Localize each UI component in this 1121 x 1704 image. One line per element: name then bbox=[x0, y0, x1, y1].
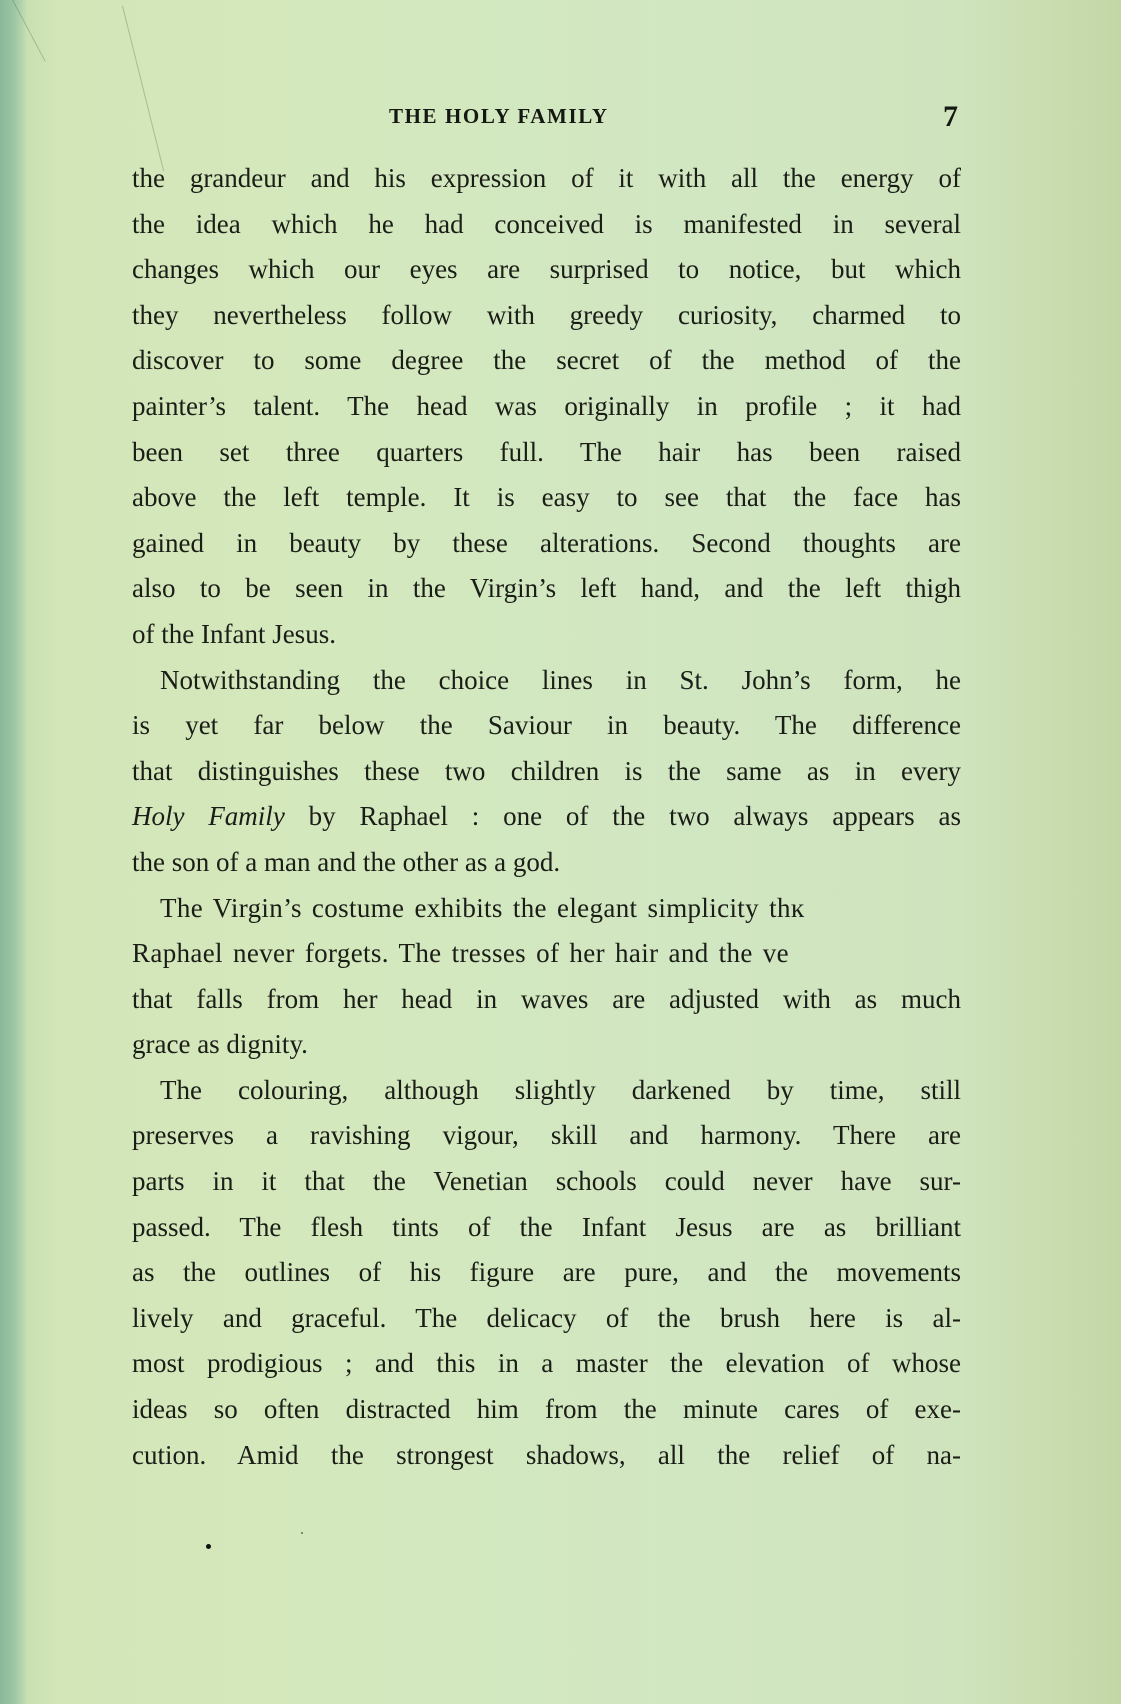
text-line: lively and graceful. The delicacy of the… bbox=[132, 1296, 961, 1342]
text-line: as the outlines of his figure are pure, … bbox=[132, 1250, 961, 1296]
italic-title: Holy Family bbox=[132, 801, 285, 831]
paragraph: Notwithstanding the choice lines in St. … bbox=[132, 658, 961, 886]
text-line: parts in it that the Venetian schools co… bbox=[132, 1159, 961, 1205]
text-line: the idea which he had conceived is manif… bbox=[132, 202, 961, 248]
paragraph: the grandeur and his expression of it wi… bbox=[132, 156, 961, 658]
text-line: changes which our eyes are surprised to … bbox=[132, 247, 961, 293]
text-line: ideas so often distracted him from the m… bbox=[132, 1387, 961, 1433]
text-line: the son of a man and the other as a god. bbox=[132, 840, 961, 886]
text-line: discover to some degree the secret of th… bbox=[132, 338, 961, 384]
text-line: above the left temple. It is easy to see… bbox=[132, 475, 961, 521]
text-line: cution. Amid the strongest shadows, all … bbox=[132, 1433, 961, 1479]
text-line: passed. The flesh tints of the Infant Je… bbox=[132, 1205, 961, 1251]
text-line: painter’s talent. The head was originall… bbox=[132, 384, 961, 430]
text-line: most prodigious ; and this in a master t… bbox=[132, 1341, 961, 1387]
text-line: The colouring, although slightly darkene… bbox=[132, 1068, 961, 1114]
text-line-with-italic: Holy Family by Raphael : one of the two … bbox=[132, 794, 961, 840]
text-line: The Virgin’s costume exhibits the elegan… bbox=[132, 886, 961, 932]
text-line: gained in beauty by these alterations. S… bbox=[132, 521, 961, 567]
page-body: the grandeur and his expression of it wi… bbox=[132, 156, 961, 1478]
text-line: preserves a ravishing vigour, skill and … bbox=[132, 1113, 961, 1159]
paragraph: The colouring, although slightly darkene… bbox=[132, 1068, 961, 1478]
text-line: grace as dignity. bbox=[132, 1022, 961, 1068]
running-title: THE HOLY FAMILY bbox=[389, 104, 609, 129]
running-header: THE HOLY FAMILY 7 bbox=[0, 100, 1121, 140]
text-line: that distinguishes these two children is… bbox=[132, 749, 961, 795]
page-number: 7 bbox=[943, 100, 958, 134]
text-line: they nevertheless follow with greedy cur… bbox=[132, 293, 961, 339]
text-line: the grandeur and his expression of it wi… bbox=[132, 156, 961, 202]
text-line: been set three quarters full. The hair h… bbox=[132, 430, 961, 476]
paper-crease bbox=[122, 6, 164, 171]
text-segment: by Raphael : one of the two always appea… bbox=[285, 801, 961, 831]
page-binding-shadow bbox=[0, 0, 26, 1704]
text-line: Notwithstanding the choice lines in St. … bbox=[132, 658, 961, 704]
text-line: Raphael never forgets. The tresses of he… bbox=[132, 931, 961, 977]
ink-speck bbox=[301, 1532, 303, 1534]
ink-speck bbox=[206, 1544, 211, 1549]
text-line: of the Infant Jesus. bbox=[132, 612, 961, 658]
text-line: that falls from her head in waves are ad… bbox=[132, 977, 961, 1023]
paragraph: The Virgin’s costume exhibits the elegan… bbox=[132, 886, 961, 1068]
text-line: also to be seen in the Virgin’s left han… bbox=[132, 566, 961, 612]
text-line: is yet far below the Saviour in beauty. … bbox=[132, 703, 961, 749]
